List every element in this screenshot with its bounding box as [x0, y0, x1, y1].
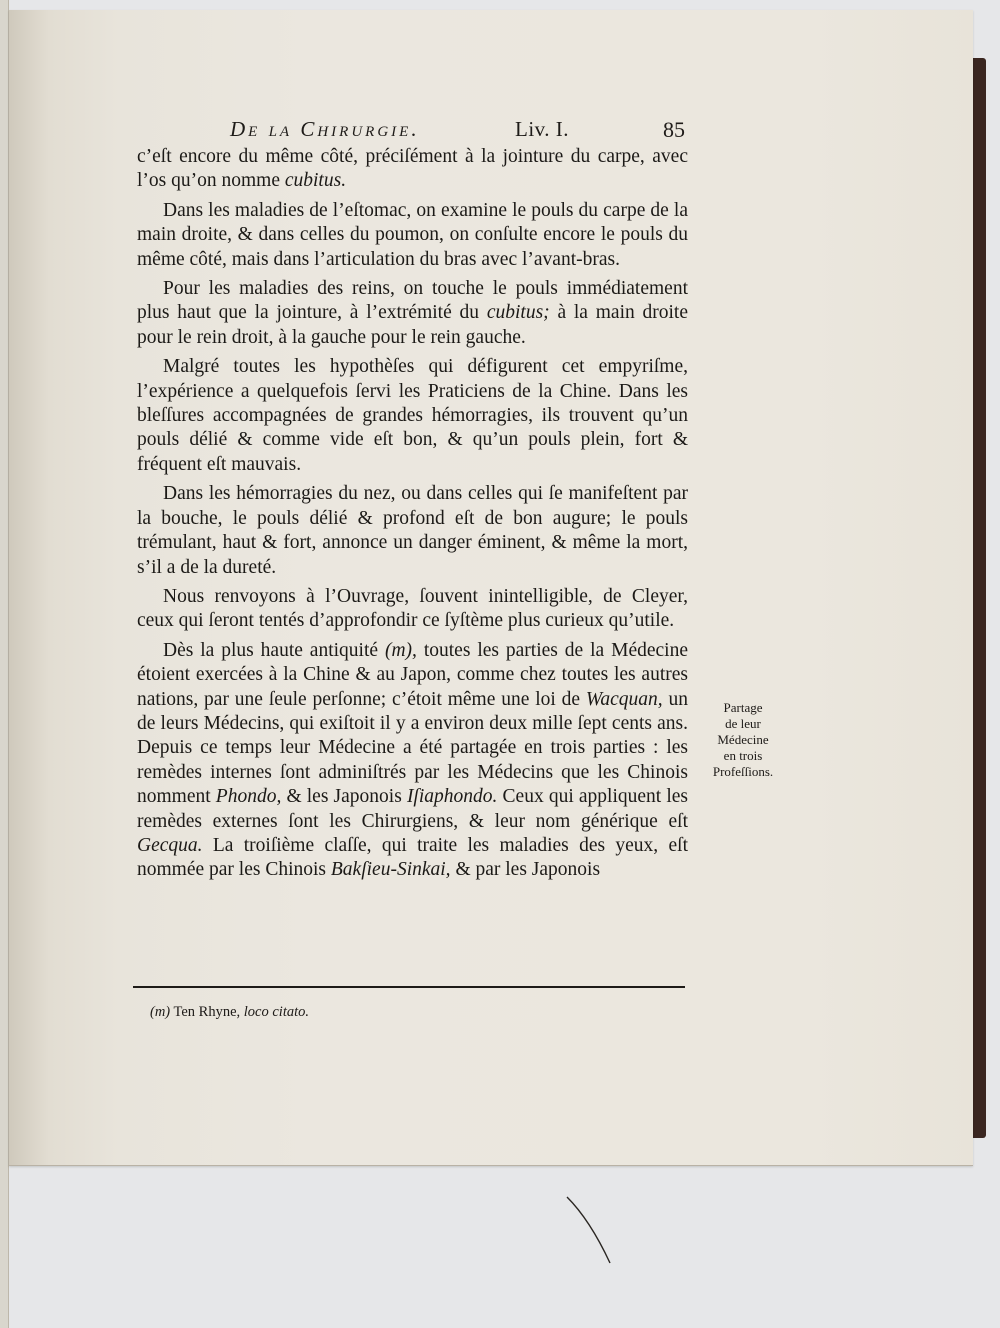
paragraph: Dès la plus haute antiquité (m), toutes … [137, 639, 688, 883]
italic-term: Wacquan, [586, 689, 663, 710]
margin-note-line: en trois [707, 748, 779, 764]
body-text: c’eſt encore du même côté, préciſément à… [137, 145, 688, 888]
page-header: De la Chirurgie. Liv. I. 85 [230, 117, 685, 141]
text-run: Dans les hémorragies du nez, ou dans cel… [137, 483, 688, 577]
paragraph: c’eſt encore du même côté, préciſément à… [137, 145, 688, 194]
page-number: 85 [663, 117, 685, 143]
italic-term: cubitus; [487, 302, 550, 323]
text-run: Malgré toutes les hypothèſes qui défigur… [137, 356, 688, 475]
italic-term: Iſiaphondo. [407, 786, 497, 807]
paragraph: Pour les maladies des reins, on touche l… [137, 277, 688, 350]
text-run: Dès la plus haute antiquité [163, 640, 385, 661]
text-run: & par les Japonois [451, 859, 600, 880]
paragraph: Dans les hémorragies du nez, ou dans cel… [137, 482, 688, 580]
book-reference: Liv. I. [515, 117, 569, 142]
margin-note-line: Partage [707, 700, 779, 716]
stray-pen-mark [565, 1195, 625, 1265]
footnote: (m) Ten Rhyne, loco citato. [150, 1004, 309, 1021]
italic-term: Bakſieu-Sinkai, [331, 859, 451, 880]
margin-note-line: de leur [707, 716, 779, 732]
text-run: Nous renvoyons à l’Ouvrage, ſouvent inin… [137, 586, 688, 631]
italic-term: cubitus. [285, 170, 346, 191]
adjacent-page-edge [0, 0, 9, 1328]
footnote-citation: loco citato. [244, 1004, 309, 1020]
paragraph: Nous renvoyons à l’Ouvrage, ſouvent inin… [137, 585, 688, 634]
text-run: c’eſt encore du même côté, préciſément à… [137, 146, 688, 191]
running-title: De la Chirurgie. [230, 117, 420, 142]
paragraph: Dans les maladies de l’eſtomac, on exami… [137, 199, 688, 272]
text-run: Dans les maladies de l’eſtomac, on exami… [137, 200, 688, 270]
text-run: & les Japonois [281, 786, 407, 807]
margin-note-line: Profeſſions. [707, 764, 779, 780]
paragraph: Malgré toutes les hypothèſes qui défigur… [137, 355, 688, 477]
italic-term: Gecqua. [137, 835, 203, 856]
footnote-marker: (m) [150, 1004, 170, 1020]
italic-term: (m), [385, 640, 417, 661]
footnote-divider [133, 986, 685, 988]
margin-note-line: Médecine [707, 732, 779, 748]
margin-note: Partagede leurMédecineen troisProfeſſion… [707, 700, 779, 780]
footnote-author: Ten Rhyne, [174, 1004, 241, 1020]
italic-term: Phondo, [216, 786, 282, 807]
